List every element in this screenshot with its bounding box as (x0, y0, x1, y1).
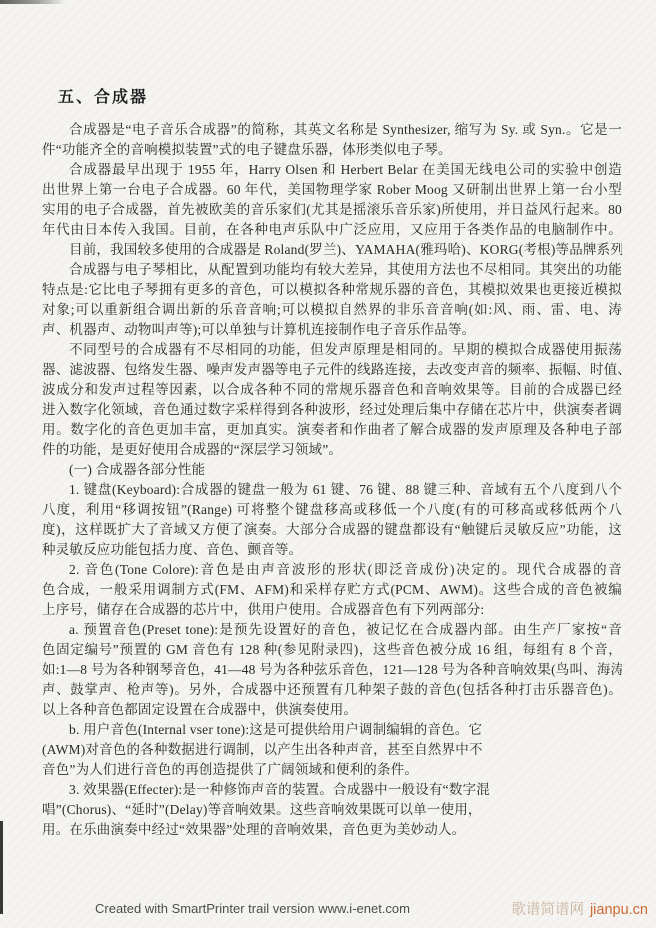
text-line: 器、滤波器、包络发生器、噪声发声器等电子元件的线路连接，去改变声音的频率、振幅、… (42, 360, 622, 380)
text-line: 用。在乐曲演奏中经过“效果器”处理的音响效果，音色更为美妙动人。 (42, 820, 622, 840)
text-line: 不同型号的合成器有不尽相同的功能，但发声原理是相同的。早期的模拟合成器使用振荡 (42, 340, 622, 360)
text-line: b. 用户音色(Internal vser tone):这是可提供给用户调制编辑… (42, 720, 622, 740)
site-name: 歌谱简谱网 (511, 902, 584, 918)
watermark-jianpu: 歌谱简谱网jianpu.cn (511, 898, 648, 919)
text-line: 色固定编号”预置的 GM 音色有 128 种(参见附录四)，这些音色被分成 16… (42, 640, 622, 660)
text-line: 进入数字化领域，音色通过数字采样得到各种波形，经过处理后集中存储在芯片中，供演奏… (42, 400, 622, 420)
scan-artifact-top-smudge (0, 0, 66, 4)
text-line: 年代由日本传入我国。目前，在各种电声乐队中广泛应用，又应用于各类作品的电脑制作中… (42, 220, 622, 240)
watermark-smartprinter: Created with SmartPrinter trail version … (95, 901, 410, 916)
subsection-heading: (一) 合成器各部分性能 (42, 460, 622, 480)
text-line: 如:1—8 号为各种钢琴音色，41—48 号为各种弦乐音色，121—128 号为… (42, 660, 622, 680)
text-line: 实用的电子合成器，首先被欧美的音乐家们(尤其是摇滚乐音乐家)所使用，并日益风行起… (42, 200, 622, 220)
section-title: 五、合成器 (58, 84, 148, 107)
text-line: a. 预置音色(Preset tone):是预先设置好的音色，被记忆在合成器内部… (42, 620, 622, 640)
text-line: 1. 键盘(Keyboard):合成器的键盘一般为 61 键、76 键、88 键… (42, 480, 622, 500)
text-line: 度)，这样既扩大了音域又方便了演奏。大部分合成器的键盘都设有“触键后灵敏反应”功… (42, 520, 622, 540)
text-line: 波成分和发声过程等因素，以合成各种不同的常规乐器音色和音响效果等。目前的合成器已… (42, 380, 622, 400)
text-line: 用。数字化的音色更加丰富，更加真实。演奏者和作曲者了解合成器的发声原理及各种电子… (42, 420, 622, 440)
text-line: 声、机器声、动物叫声等);可以单独与计算机连接制作电子音乐作品等。 (42, 320, 622, 340)
text-line: 唱”(Chorus)、“延时”(Delay)等音响效果。这些音响效果既可以单一使… (42, 800, 622, 820)
text-line: 八度，利用“移调按钮”(Range) 可将整个键盘移高或移低一个八度(有的可移高… (42, 500, 622, 520)
text-line: 目前，我国较多使用的合成器是 Roland(罗兰)、YAMAHA(雅玛哈)、KO… (42, 240, 622, 260)
text-line: 3. 效果器(Effecter):是一种修饰声音的装置。合成器中一般设有“数字混 (42, 780, 622, 800)
text-line: 以上各种音色都固定设置在合成器中，供演奏使用。 (42, 700, 622, 720)
text-line: 件“功能齐全的音响模拟装置”式的电子键盘乐器，体形类似电子琴。 (42, 140, 622, 160)
text-line: 件的功能，是更好使用合成器的“深层学习领域”。 (42, 440, 622, 460)
scan-artifact-left-bar (0, 821, 3, 914)
text-line: 上序号，储存在合成器的芯片中，供用户使用。合成器音色有下列两部分: (42, 600, 622, 620)
body-text: 合成器是“电子音乐合成器”的简称，其英文名称是 Synthesizer, 缩写为… (42, 120, 622, 840)
text-line: 特点是:它比电子琴拥有更多的音色，可以模拟各种常规乐器的音色，其模拟效果也更接近… (42, 280, 622, 300)
text-line: 种灵敏反应功能包括力度、音色、颤音等。 (42, 540, 622, 560)
site-domain: jianpu.cn (590, 902, 648, 918)
text-line: 出世界上第一台电子合成器。60 年代，美国物理学家 Rober Moog 又研制… (42, 180, 622, 200)
text-line: 色合成，一般采用调制方式(FM、AFM)和采样存贮方式(PCM、AWM)。这些合… (42, 580, 622, 600)
document-page: 五、合成器 合成器是“电子音乐合成器”的简称，其英文名称是 Synthesize… (0, 0, 656, 928)
text-line: 对象;可以重新组合调出新的乐音音响;可以模拟自然界的非乐音音响(如:风、雨、雷、… (42, 300, 622, 320)
text-line: 2. 音色(Tone Colore):音色是由声音波形的形状(即泛音成份)决定的… (42, 560, 622, 580)
text-line: 合成器与电子琴相比，从配置到功能均有较大差异，其使用方法也不尽相同。其突出的功能 (42, 260, 622, 280)
text-line: 声、鼓掌声、枪声等)。另外，合成器中还预置有几种架子鼓的音色(包括各种打击乐器音… (42, 680, 622, 700)
text-line: 合成器是“电子音乐合成器”的简称，其英文名称是 Synthesizer, 缩写为… (42, 120, 622, 140)
text-line: 音色”为人们进行音色的再创造提供了广阔领域和便利的条件。 (42, 760, 622, 780)
text-line: (AWM)对音色的各种数据进行调制，以产生出各种声音，甚至自然界中不 (42, 740, 622, 760)
text-line: 合成器最早出现于 1955 年，Harry Olsen 和 Herbert Be… (42, 160, 622, 180)
